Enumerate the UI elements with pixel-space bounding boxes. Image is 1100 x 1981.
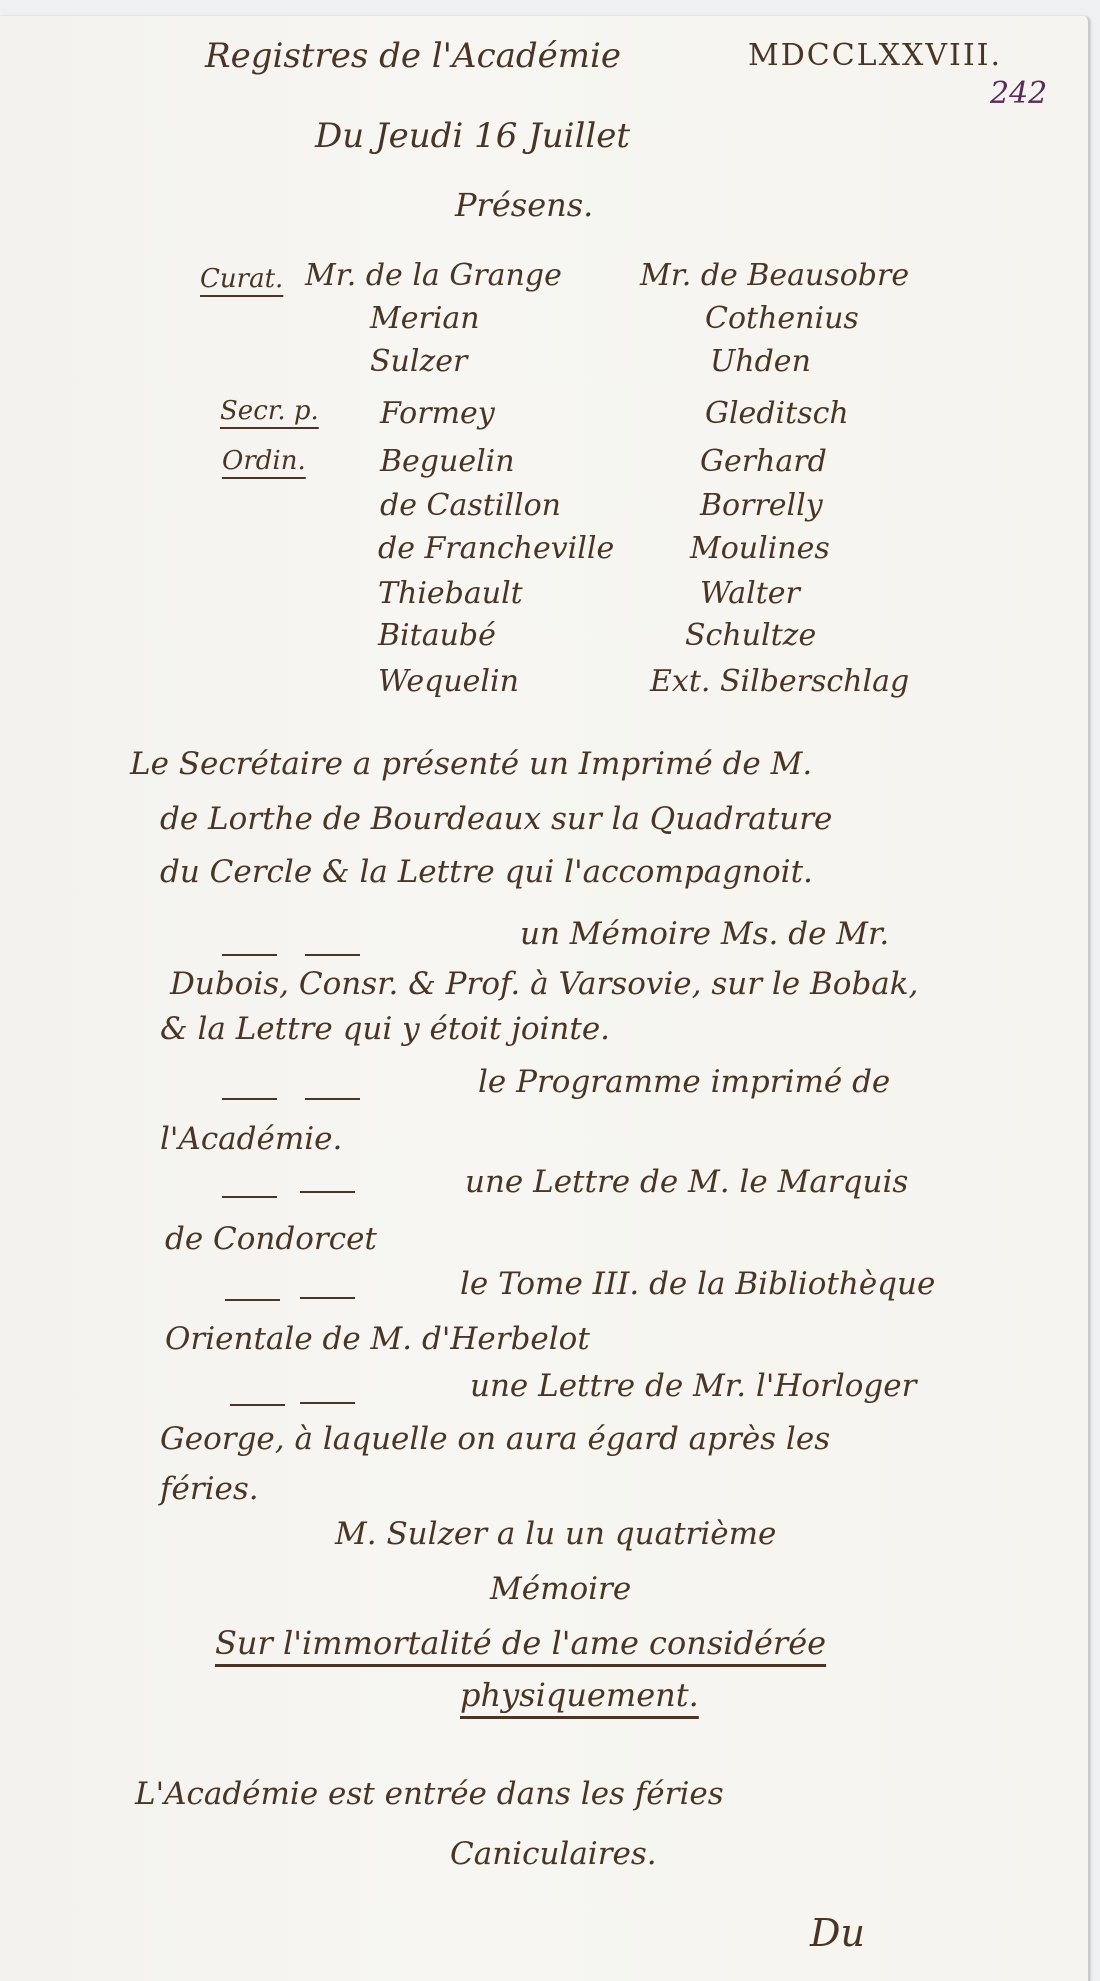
- role-ordinary: Ordin.: [222, 446, 306, 476]
- present-label: Présens.: [455, 186, 593, 224]
- register-title: Registres de l'Académie: [205, 36, 621, 76]
- ditto-dash: [225, 1299, 280, 1301]
- role-curator: Curat.: [200, 264, 283, 294]
- text-line: le Programme imprimé de: [478, 1064, 890, 1100]
- member-name: Formey: [380, 396, 495, 431]
- member-name: Mr. de Beausobre: [640, 258, 909, 293]
- member-name: Bitaubé: [378, 618, 496, 653]
- manuscript-page: Registres de l'Académie MDCCLXXVIII. 242…: [0, 16, 1090, 1981]
- ditto-dash: [230, 1404, 285, 1406]
- text-line: Caniculaires.: [450, 1836, 657, 1872]
- text-line: de Condorcet: [165, 1221, 377, 1257]
- text-line: Le Secrétaire a présenté un Imprimé de M…: [130, 746, 812, 782]
- text-line: physiquement.: [460, 1676, 699, 1714]
- catchword: Du: [810, 1911, 865, 1955]
- member-name: Schultze: [685, 618, 816, 653]
- text-line: un Mémoire Ms. de Mr.: [520, 916, 889, 952]
- text-line: L'Académie est entrée dans les féries: [135, 1776, 724, 1812]
- register-year: MDCCLXXVIII.: [748, 38, 1002, 73]
- member-name: Merian: [370, 301, 480, 336]
- text-line: de Lorthe de Bourdeaux sur la Quadrature: [160, 801, 832, 837]
- meeting-date: Du Jeudi 16 Juillet: [315, 116, 630, 156]
- text-line: Sur l'immortalité de l'ame considérée: [215, 1624, 826, 1662]
- ditto-dash: [222, 1196, 277, 1198]
- ditto-dash: [305, 954, 360, 956]
- member-name: Uhden: [710, 344, 811, 379]
- text-line: le Tome III. de la Bibliothèque: [460, 1266, 935, 1302]
- text-line: féries.: [160, 1471, 259, 1507]
- text-line: George, à laquelle on aura égard après l…: [160, 1421, 830, 1457]
- member-name: Ext. Silberschlag: [650, 664, 909, 699]
- text-line: Mémoire: [490, 1571, 631, 1607]
- member-name: Borrelly: [700, 488, 823, 523]
- text-line: M. Sulzer a lu un quatrième: [335, 1516, 776, 1552]
- ditto-dash: [300, 1402, 355, 1404]
- text-line: du Cercle & la Lettre qui l'accompagnoit…: [160, 854, 813, 890]
- member-name: Walter: [700, 576, 800, 611]
- role-secretary: Secr. p.: [220, 396, 319, 426]
- member-name: Cothenius: [705, 301, 859, 336]
- text-line: une Lettre de Mr. l'Horloger: [470, 1368, 916, 1404]
- text-line: Dubois, Consr. & Prof. à Varsovie, sur l…: [170, 966, 918, 1002]
- member-name: Moulines: [690, 531, 830, 566]
- folio-number: 242: [990, 76, 1047, 111]
- member-name: Wequelin: [378, 664, 519, 699]
- member-name: de Francheville: [378, 531, 614, 566]
- ditto-dash: [222, 954, 277, 956]
- member-name: Thiebault: [378, 576, 523, 611]
- ditto-dash: [222, 1098, 277, 1100]
- ditto-dash: [300, 1297, 355, 1299]
- member-name: Beguelin: [380, 444, 515, 479]
- text-line: Orientale de M. d'Herbelot: [165, 1321, 590, 1357]
- ditto-dash: [300, 1191, 355, 1193]
- member-name: Gleditsch: [705, 396, 849, 431]
- member-name: Mr. de la Grange: [305, 258, 562, 293]
- member-name: Sulzer: [370, 344, 467, 379]
- ditto-dash: [305, 1098, 360, 1100]
- text-line: l'Académie.: [160, 1121, 342, 1157]
- text-line: une Lettre de M. le Marquis: [465, 1164, 908, 1200]
- member-name: Gerhard: [700, 444, 827, 479]
- member-name: de Castillon: [380, 488, 561, 523]
- text-line: & la Lettre qui y étoit jointe.: [160, 1011, 610, 1047]
